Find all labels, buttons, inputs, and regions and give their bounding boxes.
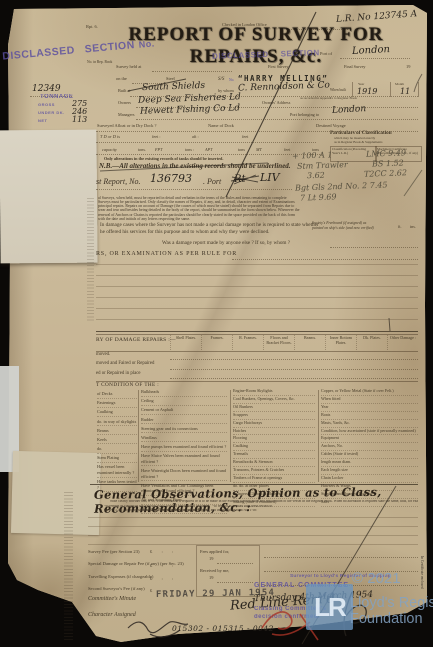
condition-field: When fitted: [321, 397, 418, 404]
no-in-book-label: No. in Rep. Book: [87, 60, 111, 64]
column-rule: [418, 82, 420, 97]
condition-field: Hatches: [233, 429, 315, 436]
fee-amount-columns: £ : :: [150, 549, 173, 554]
watermark-line1: Lloyd's Register: [350, 595, 433, 611]
steel-label: Steel: [166, 76, 175, 81]
condition-field: Cargo Hatchways: [233, 421, 315, 428]
year-label: 19: [406, 64, 410, 69]
condition-field: Copper, or Yellow Metal (State if over F…: [321, 389, 418, 396]
heavy-rule: [96, 330, 418, 332]
observations-fineprint-2: “to remain as classed in the Register Bo…: [104, 505, 418, 509]
ruled-line: [88, 516, 418, 518]
condition-field: of Decks: [97, 391, 137, 399]
damage-note-line1: In damage cases where the Surveyor has n…: [100, 222, 319, 228]
classification-note-2: as in Register Book & Supplements: [334, 141, 383, 145]
owners-address-label: Owners' Address: [262, 100, 290, 105]
condition-field: Transoms, Pointers & Crutches: [233, 468, 315, 475]
register-number: 12349: [32, 84, 61, 94]
fees-received-year: 19: [209, 575, 259, 580]
fee-row-label: Travelling Expenses (if chargeable): [88, 574, 153, 579]
condition-field: Flooring: [233, 436, 315, 443]
disclassed2-line2: SECTION: [280, 48, 319, 58]
owners-label: Owners: [118, 100, 131, 105]
ruled-line: [96, 153, 322, 155]
condition-col-1: of DecksFasteningsCaulkingdo. in way of …: [97, 391, 137, 494]
disclassed2-line1: DISCLASSED: [212, 50, 269, 61]
ruled-line: [264, 556, 418, 558]
survey-held-label: Survey held at: [116, 64, 141, 69]
ruled-line: [217, 581, 253, 583]
port-new-value: LIV: [260, 171, 280, 184]
port-value: London: [352, 44, 390, 57]
condition-field: Rudder: [141, 417, 227, 425]
pencil-class-2: Stm Trawler: [297, 160, 348, 171]
condition-field: do. in way of skylights: [97, 419, 137, 427]
tonnage-stamp: TONNAGE: [40, 94, 73, 100]
no-label: No.: [229, 78, 234, 82]
ruled-line: [232, 258, 418, 260]
character-assigned-label: Character Assigned: [88, 612, 136, 618]
port-belonging-label: Port belonging to: [290, 112, 319, 117]
torn-patch: [11, 451, 101, 535]
table-column-header: Shell Plates.: [170, 335, 201, 350]
damage-table-title: RY OF DAMAGE REPAIRS :—: [96, 337, 176, 343]
pencil-class-1: + 100 A 1: [292, 150, 333, 160]
column-rule: [318, 390, 320, 482]
condition-field: Cables (State if tested): [321, 452, 418, 459]
condition-field: Timbers of Frame at openings: [233, 476, 315, 483]
condition-field: Have pumps been examined and found effic…: [141, 444, 227, 452]
table-column-header: R. Frames.: [232, 335, 263, 350]
port-label-2: . Port: [203, 177, 221, 186]
freeboard-note-2: painted on ship's side (and now verified…: [312, 226, 374, 230]
condition-field: Condition, how ascertained (state if per…: [321, 429, 418, 436]
table-column-header: Frames.: [201, 335, 232, 350]
freeboard-note-1: Society's Freeboard (if assigned) as: [312, 221, 366, 225]
surveyed-afloat-label: Surveyed Afloat or in Dry Dock ?: [97, 123, 157, 128]
ruled-line: [152, 70, 232, 72]
on-the-label: on the: [116, 76, 127, 81]
ruled-line: [96, 274, 418, 276]
net-tonnage: 113: [72, 115, 87, 124]
condition-field: length mean diam.: [321, 460, 418, 467]
ruled-line: [88, 534, 418, 536]
port-belonging-value: London: [332, 104, 367, 116]
table-column-header: Floors and Bracket Floors.: [263, 335, 294, 350]
table-column-header: Dk. Plates.: [356, 335, 387, 350]
condition-field: Coal Bunkers, Openings, Covers, &c.: [233, 397, 315, 404]
damage-table-header: Shell Plates.Frames.R. Frames.Floors and…: [170, 335, 418, 350]
condition-field: Stem Plating: [97, 455, 137, 463]
feet-label-3: feet: [284, 147, 290, 152]
pencil-bs: BS 1.52: [372, 158, 404, 168]
reference-number: 015302 - 015315 - 0042: [172, 624, 274, 633]
fee-amount-columns: £ : :: [150, 576, 173, 581]
port-of-label: Port of: [320, 51, 332, 56]
fee-amount-columns: £ : :: [150, 563, 173, 568]
feet-label-2: feet: [242, 134, 248, 139]
scanned-survey-report: Rpt. 6. Checked in London Office L.R. No…: [0, 0, 433, 647]
ruled-line: [340, 57, 410, 59]
ruled-line: [88, 525, 418, 527]
disclassed-stamp-2: DISCLASSED SECTION: [212, 42, 320, 64]
ft-label: ft.: [398, 224, 402, 229]
ruled-line: [170, 377, 418, 379]
condition-field: Each length size: [321, 468, 418, 475]
condition-field: Caulking: [233, 444, 315, 451]
ruled-line: [96, 141, 316, 143]
when-built-label: When built: [330, 88, 346, 92]
anyone-else-question: Was a damage report made by anyone else …: [162, 240, 290, 246]
condition-field: Has vessel been examined internally ?: [97, 464, 137, 477]
rule-line: [96, 350, 418, 352]
ruled-line: [96, 296, 418, 298]
instructions-fineprint: al Surveys, when held, must be reported …: [98, 196, 350, 221]
watermark-line2: Foundation: [350, 611, 423, 627]
observations-fineprint-3: survey, 1.54,” or “to remain as classed …: [104, 509, 418, 513]
condition-field: Steering gear and its connections: [141, 426, 227, 434]
attached-slip: [0, 130, 98, 264]
lr-logo: LR: [306, 584, 353, 630]
capacity-label: capacity: [102, 147, 117, 152]
table-column-header: Other Damage :: [387, 335, 418, 350]
condition-field: Year: [321, 405, 418, 412]
apt-label: APT: [205, 147, 212, 152]
port-crossed-out: Rt: [234, 174, 246, 185]
fee-row-label: Second Surveyor's Fee (if any): [88, 586, 145, 591]
pencil-lmc: LMC 9.49: [366, 148, 406, 158]
condition-field: Cement or Asphalt: [141, 407, 227, 415]
ruled-line: [170, 358, 418, 360]
table-row-label: ed or Repaired in place: [96, 371, 140, 376]
column-rule: [138, 390, 140, 482]
final-survey-label: Final Survey: [344, 64, 366, 69]
condition-field: Ceiling: [141, 398, 227, 406]
net-label: NET: [38, 118, 48, 123]
ruled-line: [170, 368, 418, 370]
mt-label: MT: [256, 147, 262, 152]
dock-name-label: Name of Dock: [208, 123, 234, 128]
tons-label-2: tons :: [185, 147, 194, 152]
condition-field: Treenails: [233, 452, 315, 459]
fpt-label: FPT: [155, 147, 162, 152]
built-at-label: Built at: [118, 88, 130, 93]
condition-field: Beams: [97, 428, 137, 436]
lr-logo-letters: LR: [314, 592, 345, 623]
committee-minute-label: Committee's Minute: [88, 596, 136, 602]
margin-print-strip: [87, 198, 94, 323]
disclassed-stamp-line3: No.: [138, 38, 155, 49]
fee-row-label: Survey Fee (per Section 23): [88, 549, 140, 554]
report-number: 136793: [150, 172, 192, 185]
condition-field: Boats: [321, 413, 418, 420]
pencil-class-3: 3.62: [307, 171, 325, 181]
condition-field: Caulking: [97, 409, 137, 417]
fees-applied-label: Fees applied for,: [200, 549, 259, 554]
first-survey-label: First Survey: [268, 64, 289, 69]
condition-field: Bulkheads: [141, 389, 227, 397]
nb-note: N.B.—All alterations in the existing rec…: [99, 162, 291, 170]
fees-received-label: Received by me,: [200, 568, 259, 573]
gross-label: GROSS: [38, 102, 55, 107]
condition-field: Breasthooks & Stemson: [233, 460, 315, 467]
underdeck-label: UNDER DK.: [38, 110, 65, 115]
ins-label: ins.: [410, 224, 416, 229]
report-label: st Report, No.: [96, 177, 140, 186]
damage-note-line2: he offered his services for this purpose…: [100, 229, 269, 235]
fees-applied-year: 19: [209, 556, 259, 561]
ruled-line: [96, 263, 418, 265]
table-row-label: moved and Faired or Repaired: [96, 361, 154, 366]
observations-fineprint-1: State clearly whether and, if so, what a…: [110, 500, 418, 504]
condition-field: Windlass: [141, 435, 227, 443]
condition-field: Masts, Yards, &c.: [321, 421, 418, 428]
watermark-copyright: © 2021: [352, 570, 401, 587]
ss-label: S/S: [218, 77, 224, 82]
disclassed-stamp-line2: SECTION: [84, 39, 135, 55]
condition-field: Chain Locker: [321, 476, 418, 483]
condition-field: Oil Bunkers: [233, 405, 315, 412]
ruled-line: [330, 246, 418, 248]
pencil-tcc: T2CC 2.62: [364, 168, 407, 178]
condition-field: Equipment: [321, 436, 418, 443]
table-column-header: Beams.: [294, 335, 325, 350]
ruled-line: [96, 307, 418, 309]
feet-label-1: feet :: [152, 134, 161, 139]
rule-heading: RS, OR EXAMINATION AS PER RULE FOR: [96, 251, 237, 257]
ruled-line: [96, 285, 418, 287]
condition-field: Fastenings: [97, 400, 137, 408]
tons-label-1: tons.: [138, 147, 146, 152]
condition-field: Have Sluice Valves been examined and fou…: [141, 453, 227, 466]
register-note: as recorded in Appendix to Register Book: [300, 97, 400, 101]
dims-label: T D or D is: [100, 134, 120, 139]
ruled-line: [96, 188, 292, 190]
condition-field: Anchors, No.: [321, 444, 418, 451]
column-rule: [230, 390, 232, 482]
condition-field: do.: [97, 446, 137, 454]
condition-field: Scuppers: [233, 413, 315, 420]
condition-title: T CONDITION OF THE :: [96, 382, 159, 388]
margin-print-strip: [64, 492, 73, 640]
ruled-line: [136, 118, 418, 120]
table-column-header: Inner Bottom Plates.: [325, 335, 356, 350]
aft-label: aft :: [192, 134, 199, 139]
ruled-line: [96, 318, 418, 320]
table-row-label: moved.: [96, 352, 110, 357]
managers-label: Managers: [118, 112, 135, 117]
condition-field: Keels: [97, 437, 137, 445]
condition-field: Have Watertight Doors been examined and …: [141, 468, 227, 481]
ruled-line: [217, 562, 253, 564]
tanks-note: Only alterations in the existing records…: [104, 156, 223, 161]
destined-voyage-label: Destined Voyage: [316, 123, 346, 128]
condition-field: Engine-Room Skylights: [233, 389, 315, 396]
tons-label-3: tons: [238, 147, 245, 152]
